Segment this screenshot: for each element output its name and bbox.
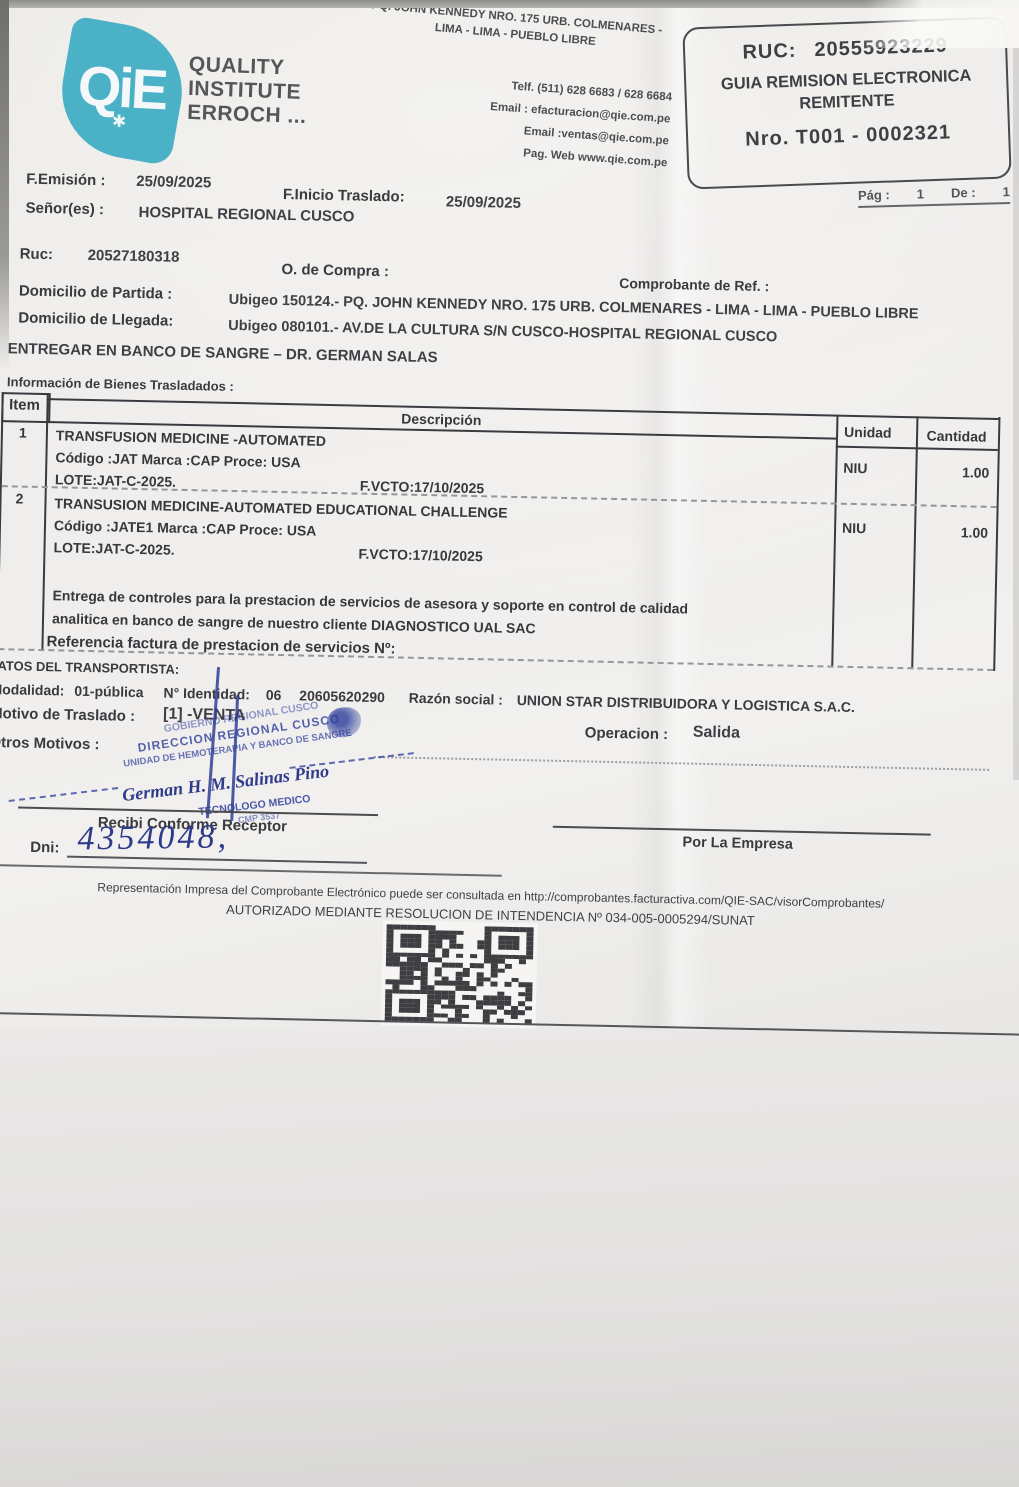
operacion-label: Operacion :: [585, 724, 669, 743]
photo-edge-left: [0, 0, 9, 370]
unit-col-line: [831, 415, 838, 668]
otros-motivos-label: Otros Motivos :: [0, 734, 100, 753]
row1-desc-line2: Código :JAT Marca :CAP Proce: USA: [55, 449, 301, 470]
dotted-fill-line: [374, 756, 989, 771]
table-border-left: [0, 392, 4, 650]
qty-header: Cantidad: [919, 427, 994, 445]
modalidad-value: 01-pública: [74, 683, 144, 700]
dni-underline: [67, 856, 367, 864]
inicio-traslado-label: F.Inicio Traslado:: [283, 186, 405, 206]
row2-qty: 1.00: [914, 523, 988, 541]
goods-note-line2: analitica en banco de sangre de nuestro …: [52, 610, 536, 636]
document-page: QiE ✱ QUALITY INSTITUTE ERROCH ... PQ. J…: [0, 0, 1019, 1487]
table-border-right: [993, 417, 1000, 671]
emision-label: F.Emisión :: [26, 171, 106, 190]
stamp-dash-left: [9, 787, 118, 802]
row1-qty: 1.00: [915, 463, 989, 481]
goods-table: Item Descripción Unidad Cantidad 1 TRANS…: [0, 390, 1002, 683]
client-ruc-label: Ruc:: [20, 245, 54, 263]
ref-factura-line: Referencia factura de prestacion de serv…: [46, 633, 395, 657]
client-ruc-value: 20527180318: [87, 247, 179, 266]
document-body: F.Emisión : 25/09/2025 F.Inicio Traslado…: [0, 0, 1019, 1321]
operacion-value: Salida: [693, 724, 741, 743]
emision-date: 25/09/2025: [136, 173, 211, 192]
entregar-note: ENTREGAR EN BANCO DE SANGRE – DR. GERMAN…: [8, 340, 438, 366]
row2-desc-line2: Código :JATE1 Marca :CAP Proce: USA: [54, 517, 317, 538]
row1-vcto: F.VCTO:17/10/2025: [360, 478, 485, 497]
razon-social-value: UNION STAR DISTRIBUIDORA Y LOGISTICA S.A…: [517, 692, 855, 715]
senores-label: Señor(es) :: [25, 200, 104, 219]
identidad-code: 06: [266, 687, 282, 703]
row2-vcto: F.VCTO:17/10/2025: [358, 546, 483, 565]
item-header: Item: [5, 396, 43, 414]
unit-header: Unidad: [844, 424, 892, 441]
row2-unit: NIU: [842, 520, 866, 537]
llegada-label: Domicilio de Llegada:: [18, 309, 173, 329]
row1-unit: NIU: [843, 460, 867, 477]
row2-lote: LOTE:JAT-C-2025.: [53, 539, 174, 558]
partida-value: Ubigeo 150124.- PQ. JOHN KENNEDY NRO. 17…: [229, 292, 919, 322]
dni-handwritten: 4354048,: [77, 818, 229, 858]
qr-code: [385, 924, 534, 1024]
long-rule-line: [0, 864, 502, 877]
paper-corner-fold: [838, 0, 1019, 48]
row1-item: 1: [19, 424, 27, 440]
orden-compra-label: O. de Compra :: [281, 261, 389, 280]
modalidad-label: Modalidad:: [0, 681, 65, 699]
llegada-value: Ubigeo 080101.- AV.DE LA CULTURA S/N CUS…: [228, 318, 777, 345]
empresa-label: Por La Empresa: [682, 834, 793, 852]
inicio-traslado-date: 25/09/2025: [446, 193, 521, 212]
dni-label: Dni:: [30, 839, 60, 857]
comprobante-ref-label: Comprobante de Ref. :: [619, 275, 769, 294]
partida-label: Domicilio de Partida :: [19, 282, 173, 302]
item-col-line: [41, 393, 48, 651]
senores-value: HOSPITAL REGIONAL CUSCO: [138, 204, 354, 226]
razon-social-label: Razón social :: [409, 690, 503, 708]
transport-section-title: DATOS DEL TRANSPORTISTA:: [0, 658, 179, 677]
empresa-signature-line: [553, 826, 931, 836]
row2-desc-line1: TRANSUSION MEDICINE-AUTOMATED EDUCATIONA…: [54, 495, 507, 520]
row1-lote: LOTE:JAT-C-2025.: [55, 471, 176, 490]
row1-desc-line1: TRANSFUSION MEDICINE -AUTOMATED: [56, 427, 326, 449]
photo-edge-right: [1013, 0, 1019, 780]
stamp-emblem-icon: [327, 707, 362, 738]
qty-col-line: [911, 416, 918, 669]
row2-item: 2: [15, 490, 23, 506]
